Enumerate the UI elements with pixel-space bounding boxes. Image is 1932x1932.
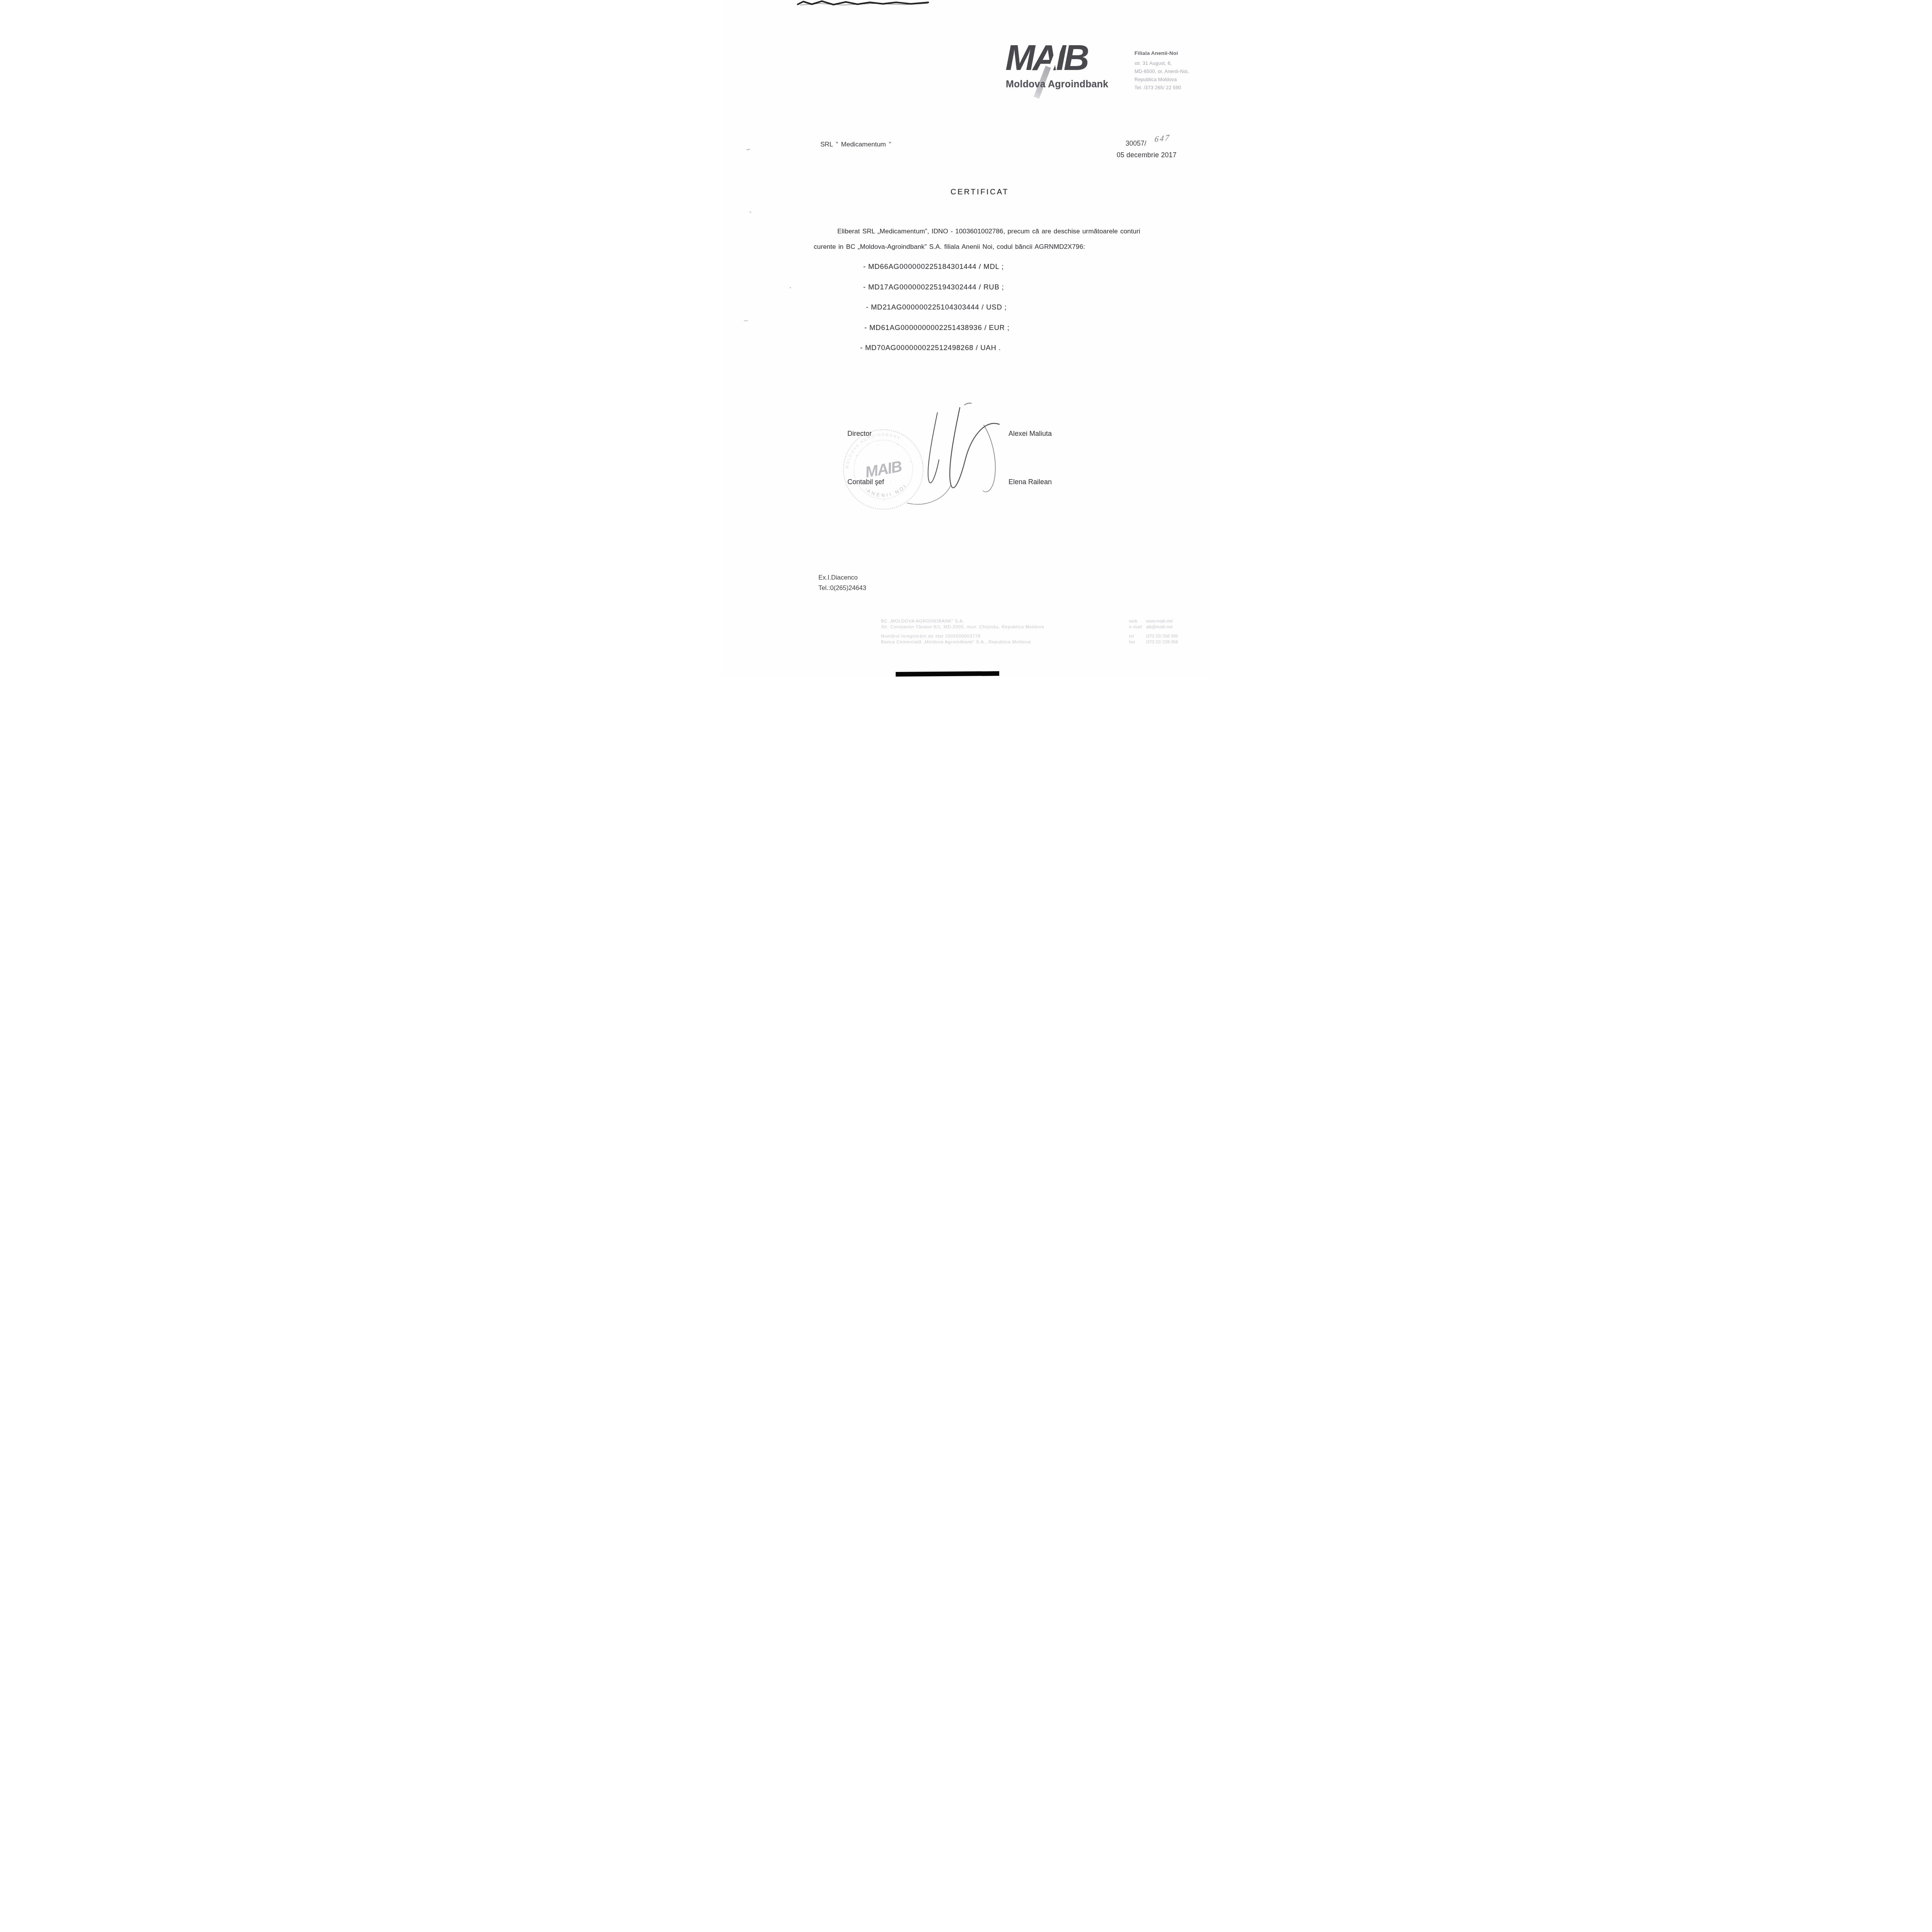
footer-fine-print-line: Numărul înregistrării de stat 1002600003…	[881, 634, 1044, 639]
branch-info-block: Filiala Anenii-Noi str. 31 August, 6,MD-…	[1134, 50, 1208, 92]
footer-fine-print-left: BC „MOLDOVA AGROINDBANK” S.A.Str. Consta…	[881, 619, 1044, 645]
scanned-certificate-page: MAIB Moldova Agroindbank Filiala Anenii-…	[721, 0, 1211, 677]
scan-speck	[749, 211, 752, 213]
footer-contact-value: www.maib.md	[1146, 619, 1172, 624]
footer-contact-row: tel/373 22/ 268 999	[1129, 634, 1178, 639]
account-line: - MD61AG0000000002251438936 / EUR ;	[864, 324, 1010, 331]
footer-contact-row: fax/373 22/ 228 058	[1129, 640, 1178, 645]
scan-speck	[747, 149, 750, 150]
signature-strokes	[868, 402, 1034, 529]
scan-speck	[790, 287, 791, 288]
account-line: - MD17AG000000225194302444 / RUB ;	[863, 283, 1010, 291]
issue-date: 05 decembrie 2017	[1117, 151, 1177, 159]
accounts-list: - MD66AG000000225184301444 / MDL ;- MD17…	[863, 263, 1010, 364]
footer-contacts: webwww.maib.mde-mailaib@maib.mdtel/373 2…	[1129, 619, 1178, 645]
account-line: - MD21AG000000225104303444 / USD ;	[866, 303, 1010, 311]
footer-contact-label: fax	[1129, 640, 1146, 645]
footer-contact-label: e-mail	[1129, 625, 1146, 629]
footer-fine-print-line: BC „MOLDOVA AGROINDBANK” S.A.	[881, 619, 1044, 624]
body-line-1: Eliberat SRL „Medicamentum”, IDNO - 1003…	[837, 228, 1140, 235]
reference-number-handwritten: 647	[1154, 133, 1171, 145]
branch-address-line: Tel: /373 265/ 22 590	[1134, 84, 1208, 92]
reference-number: 30057/	[1126, 139, 1146, 148]
branch-name: Filiala Anenii-Noi	[1134, 50, 1208, 56]
branch-address: str. 31 August, 6,MD-6500, or. Anenii-No…	[1134, 60, 1208, 92]
branch-address-line: Republica Moldova	[1134, 76, 1208, 84]
footer-contact-value: aib@maib.md	[1146, 625, 1172, 629]
executor-name: Ex.I.Diacenco	[818, 574, 858, 582]
footer-fine-print-line: Str. Constantin Tănase 9/1, MD-2005, mun…	[881, 625, 1044, 629]
scan-speck	[744, 320, 748, 321]
footer-contact-row: e-mailaib@maib.md	[1129, 625, 1178, 629]
maib-logo: MAIB Moldova Agroindbank	[1005, 46, 1137, 98]
footer-contact-value: /373 22/ 228 058	[1146, 640, 1178, 645]
scan-edge-artifact-bottom	[896, 671, 999, 677]
logo-subtitle: Moldova Agroindbank	[1006, 79, 1108, 90]
executor-phone: Tel.:0(265)24643	[818, 585, 866, 592]
footer-contact-label: tel	[1129, 634, 1146, 639]
branch-address-line: MD-6500, or. Anenii-Noi,	[1134, 68, 1208, 76]
footer-contact-row: webwww.maib.md	[1129, 619, 1178, 624]
account-line: - MD70AG000000022512498268 / UAH .	[860, 344, 1010, 351]
certificate-title: CERTIFICAT	[951, 188, 1009, 197]
account-line: - MD66AG000000225184301444 / MDL ;	[863, 263, 1010, 270]
footer-fine-print-line: Banca Comercială „Moldova Agroindbank” S…	[881, 640, 1044, 645]
body-line-2: curente in BC „Moldova-Agroindbank” S.A.…	[814, 243, 1085, 251]
branch-address-line: str. 31 August, 6,	[1134, 60, 1208, 68]
scan-edge-artifact-top	[796, 0, 930, 6]
recipient-company: SRL “ Medicamentum “	[820, 141, 891, 148]
footer-contact-label: web	[1129, 619, 1146, 624]
footer-contact-value: /373 22/ 268 999	[1146, 634, 1178, 639]
